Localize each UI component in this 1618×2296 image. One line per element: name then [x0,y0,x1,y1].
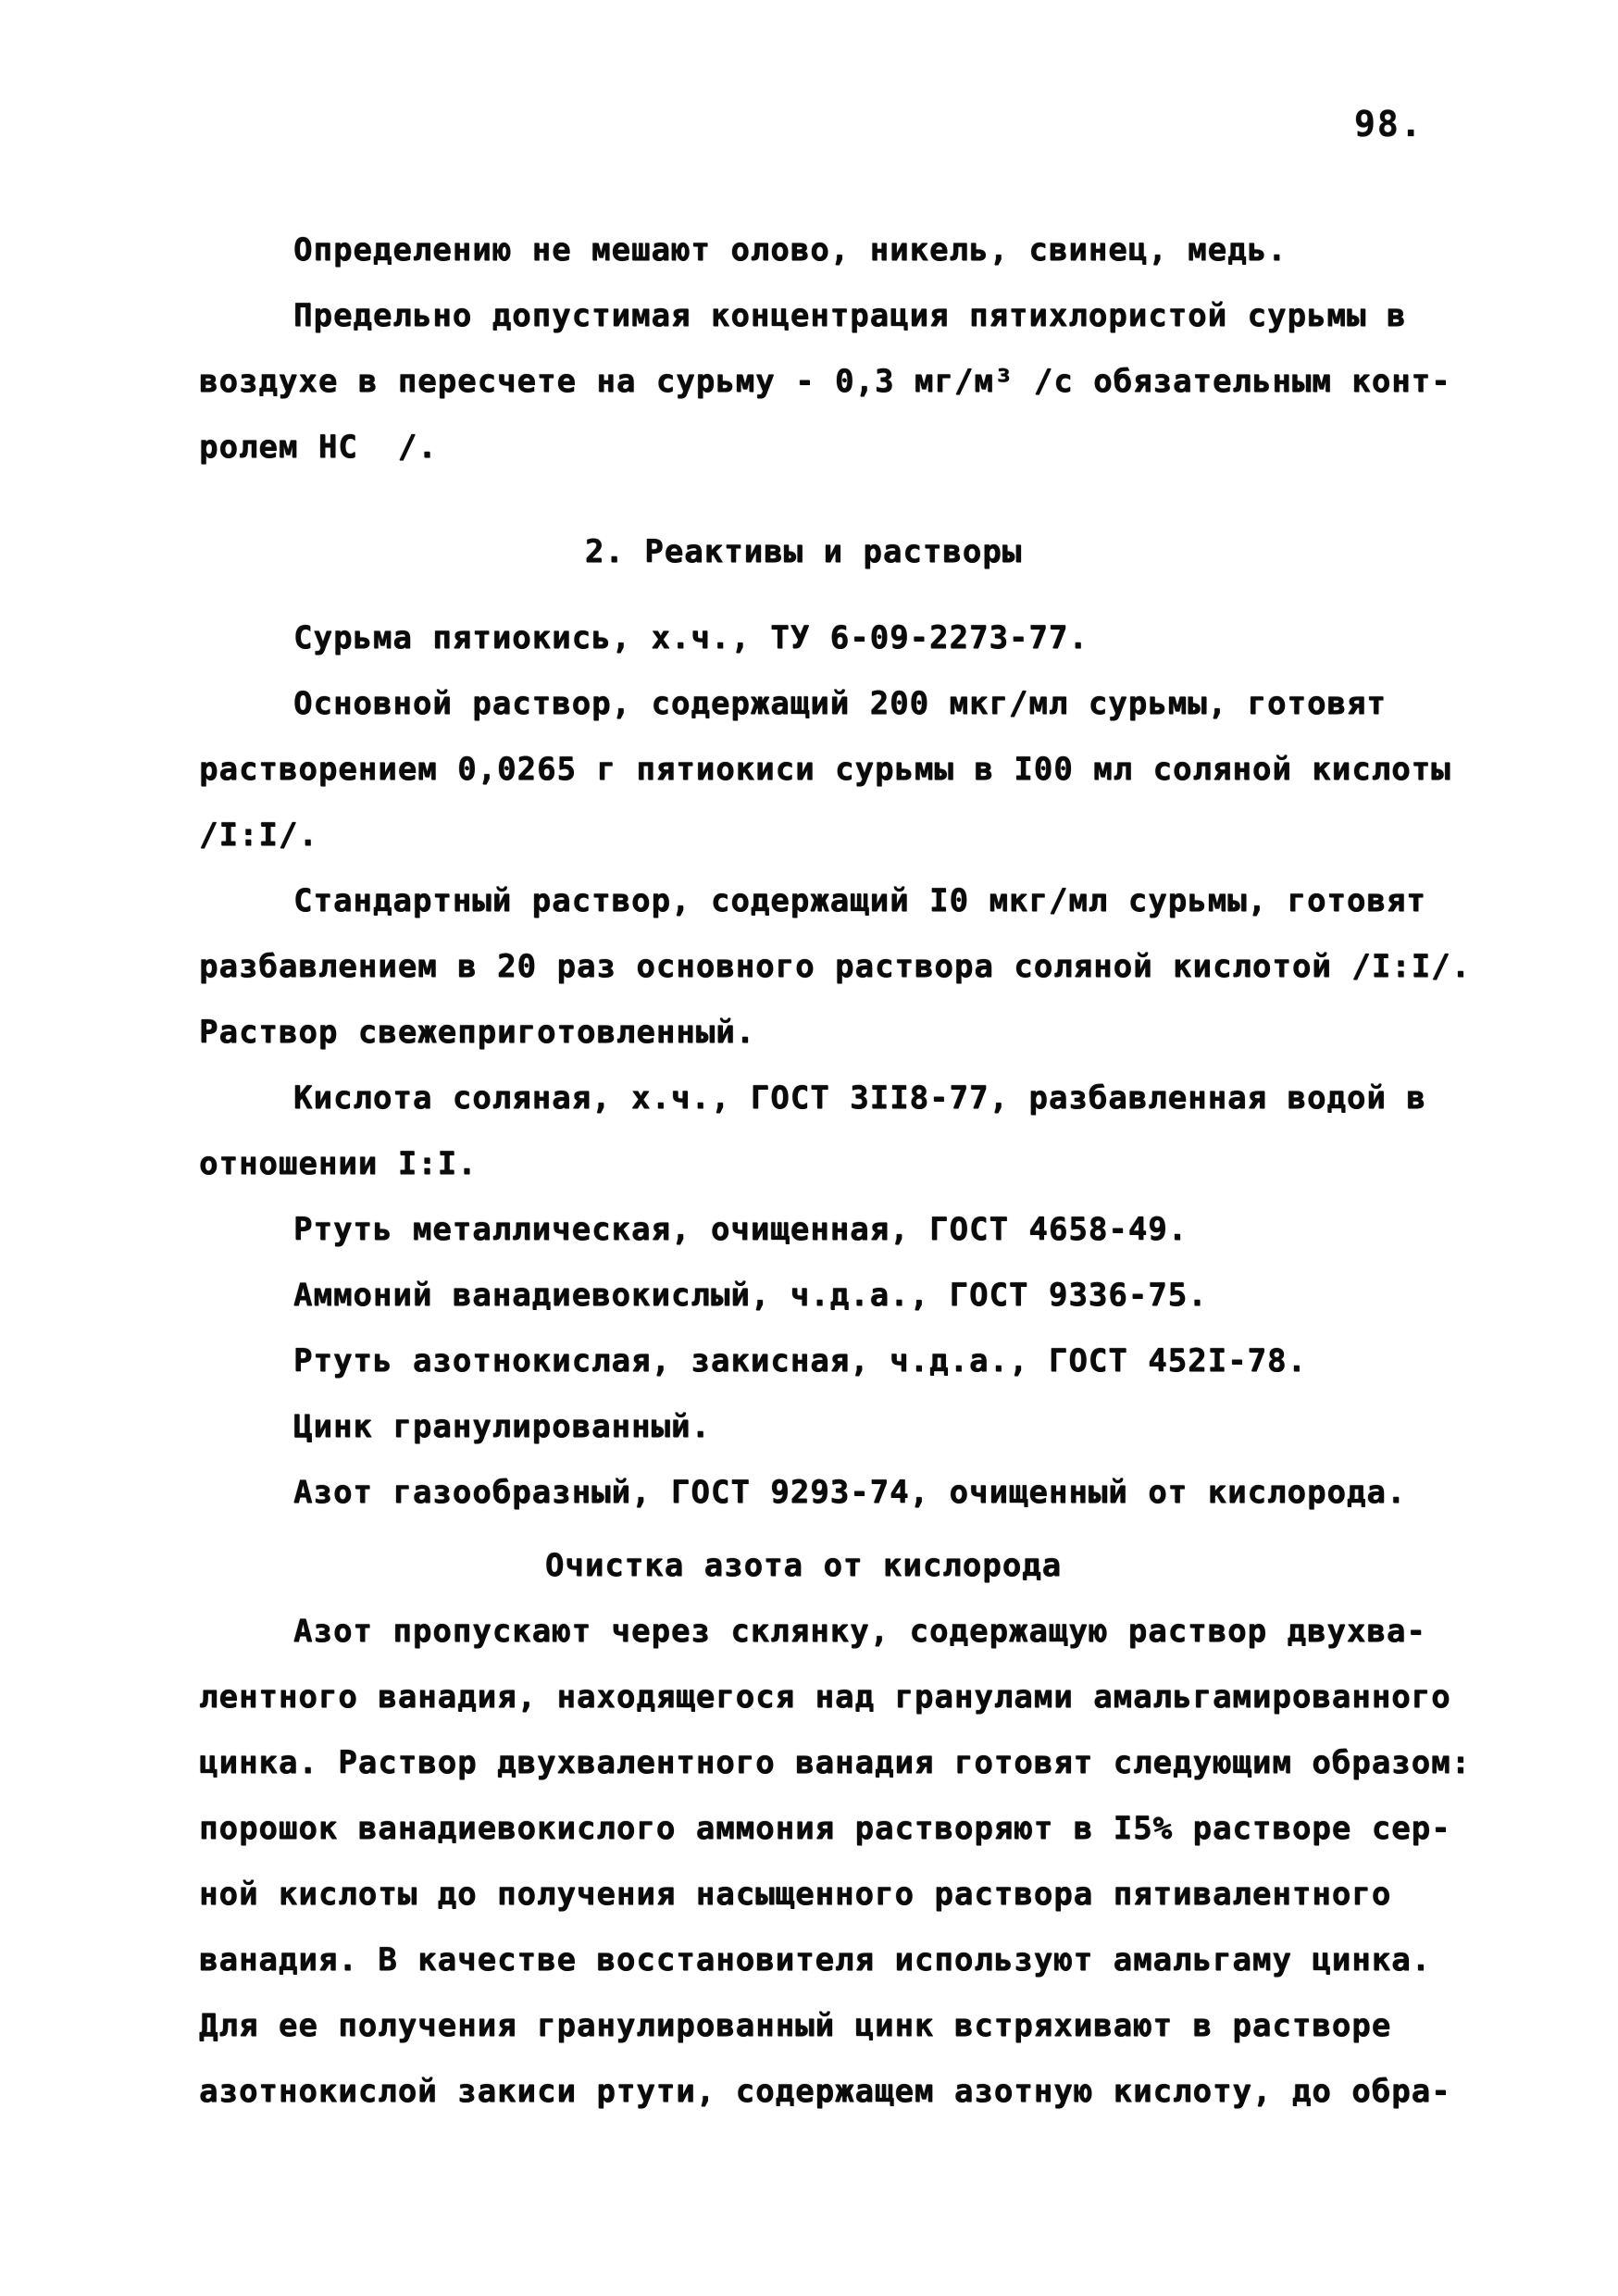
text-line: Аммоний ванадиевокислый, ч.д.а., ГОСТ 93… [199,1263,1478,1329]
text-line: Предельно допустимая концентрация пятихл… [199,283,1478,349]
text-line: разбавлением в 20 раз основного раствора… [199,934,1478,1000]
document-body: Определению не мешают олово, никель, сви… [199,218,1478,2125]
text-line: Азот пропускают через склянку, содержащу… [199,1599,1478,1665]
text-line: Определению не мешают олово, никель, сви… [199,218,1478,283]
text-line: Ртуть металлическая, очищенная, ГОСТ 465… [199,1197,1478,1263]
section-heading: 2. Реактивы и растворы [164,519,1443,585]
text-line: Основной раствор, содержащий 200 мкг/мл … [199,671,1478,737]
page-number: 98. [1354,104,1424,144]
scanned-document-page: 98. Определению не мешают олово, никель,… [0,0,1618,2296]
text-line: ролем НС /. [199,415,1478,480]
text-line: ной кислоты до получения насыщенного рас… [199,1862,1478,1928]
text-line: цинка. Раствор двухвалентного ванадия го… [199,1730,1478,1796]
text-line: порошок ванадиевокислого аммония раствор… [199,1796,1478,1862]
text-line: Стандартный раствор, содержащий I0 мкг/м… [199,868,1478,934]
text-line: растворением 0,0265 г пятиокиси сурьмы в… [199,737,1478,803]
text-line: Сурьма пятиокись, х.ч., ТУ 6-09-2273-77. [199,605,1478,671]
text-line: /I:I/. [199,803,1478,868]
text-line: Кислота соляная, х.ч., ГОСТ 3II8-77, раз… [199,1066,1478,1131]
text-line: Азот газообразный, ГОСТ 9293-74, очищенн… [199,1460,1478,1526]
text-line: Для ее получения гранулированный цинк вс… [199,1993,1478,2059]
section-heading: Очистка азота от кислорода [164,1533,1443,1599]
text-line: Цинк гранулированный. [199,1394,1478,1460]
text-line: Раствор свежеприготовленный. [199,1000,1478,1066]
text-line: Ртуть азотнокислая, закисная, ч.д.а., ГО… [199,1329,1478,1394]
text-line: лентного ванадия, находящегося над грану… [199,1665,1478,1730]
text-line: азотнокислой закиси ртути, содержащем аз… [199,2059,1478,2125]
text-line: отношении I:I. [199,1131,1478,1197]
text-line: ванадия. В качестве восстановителя испол… [199,1928,1478,1993]
text-line: воздухе в пересчете на сурьму - 0,3 мг/м… [199,349,1478,415]
